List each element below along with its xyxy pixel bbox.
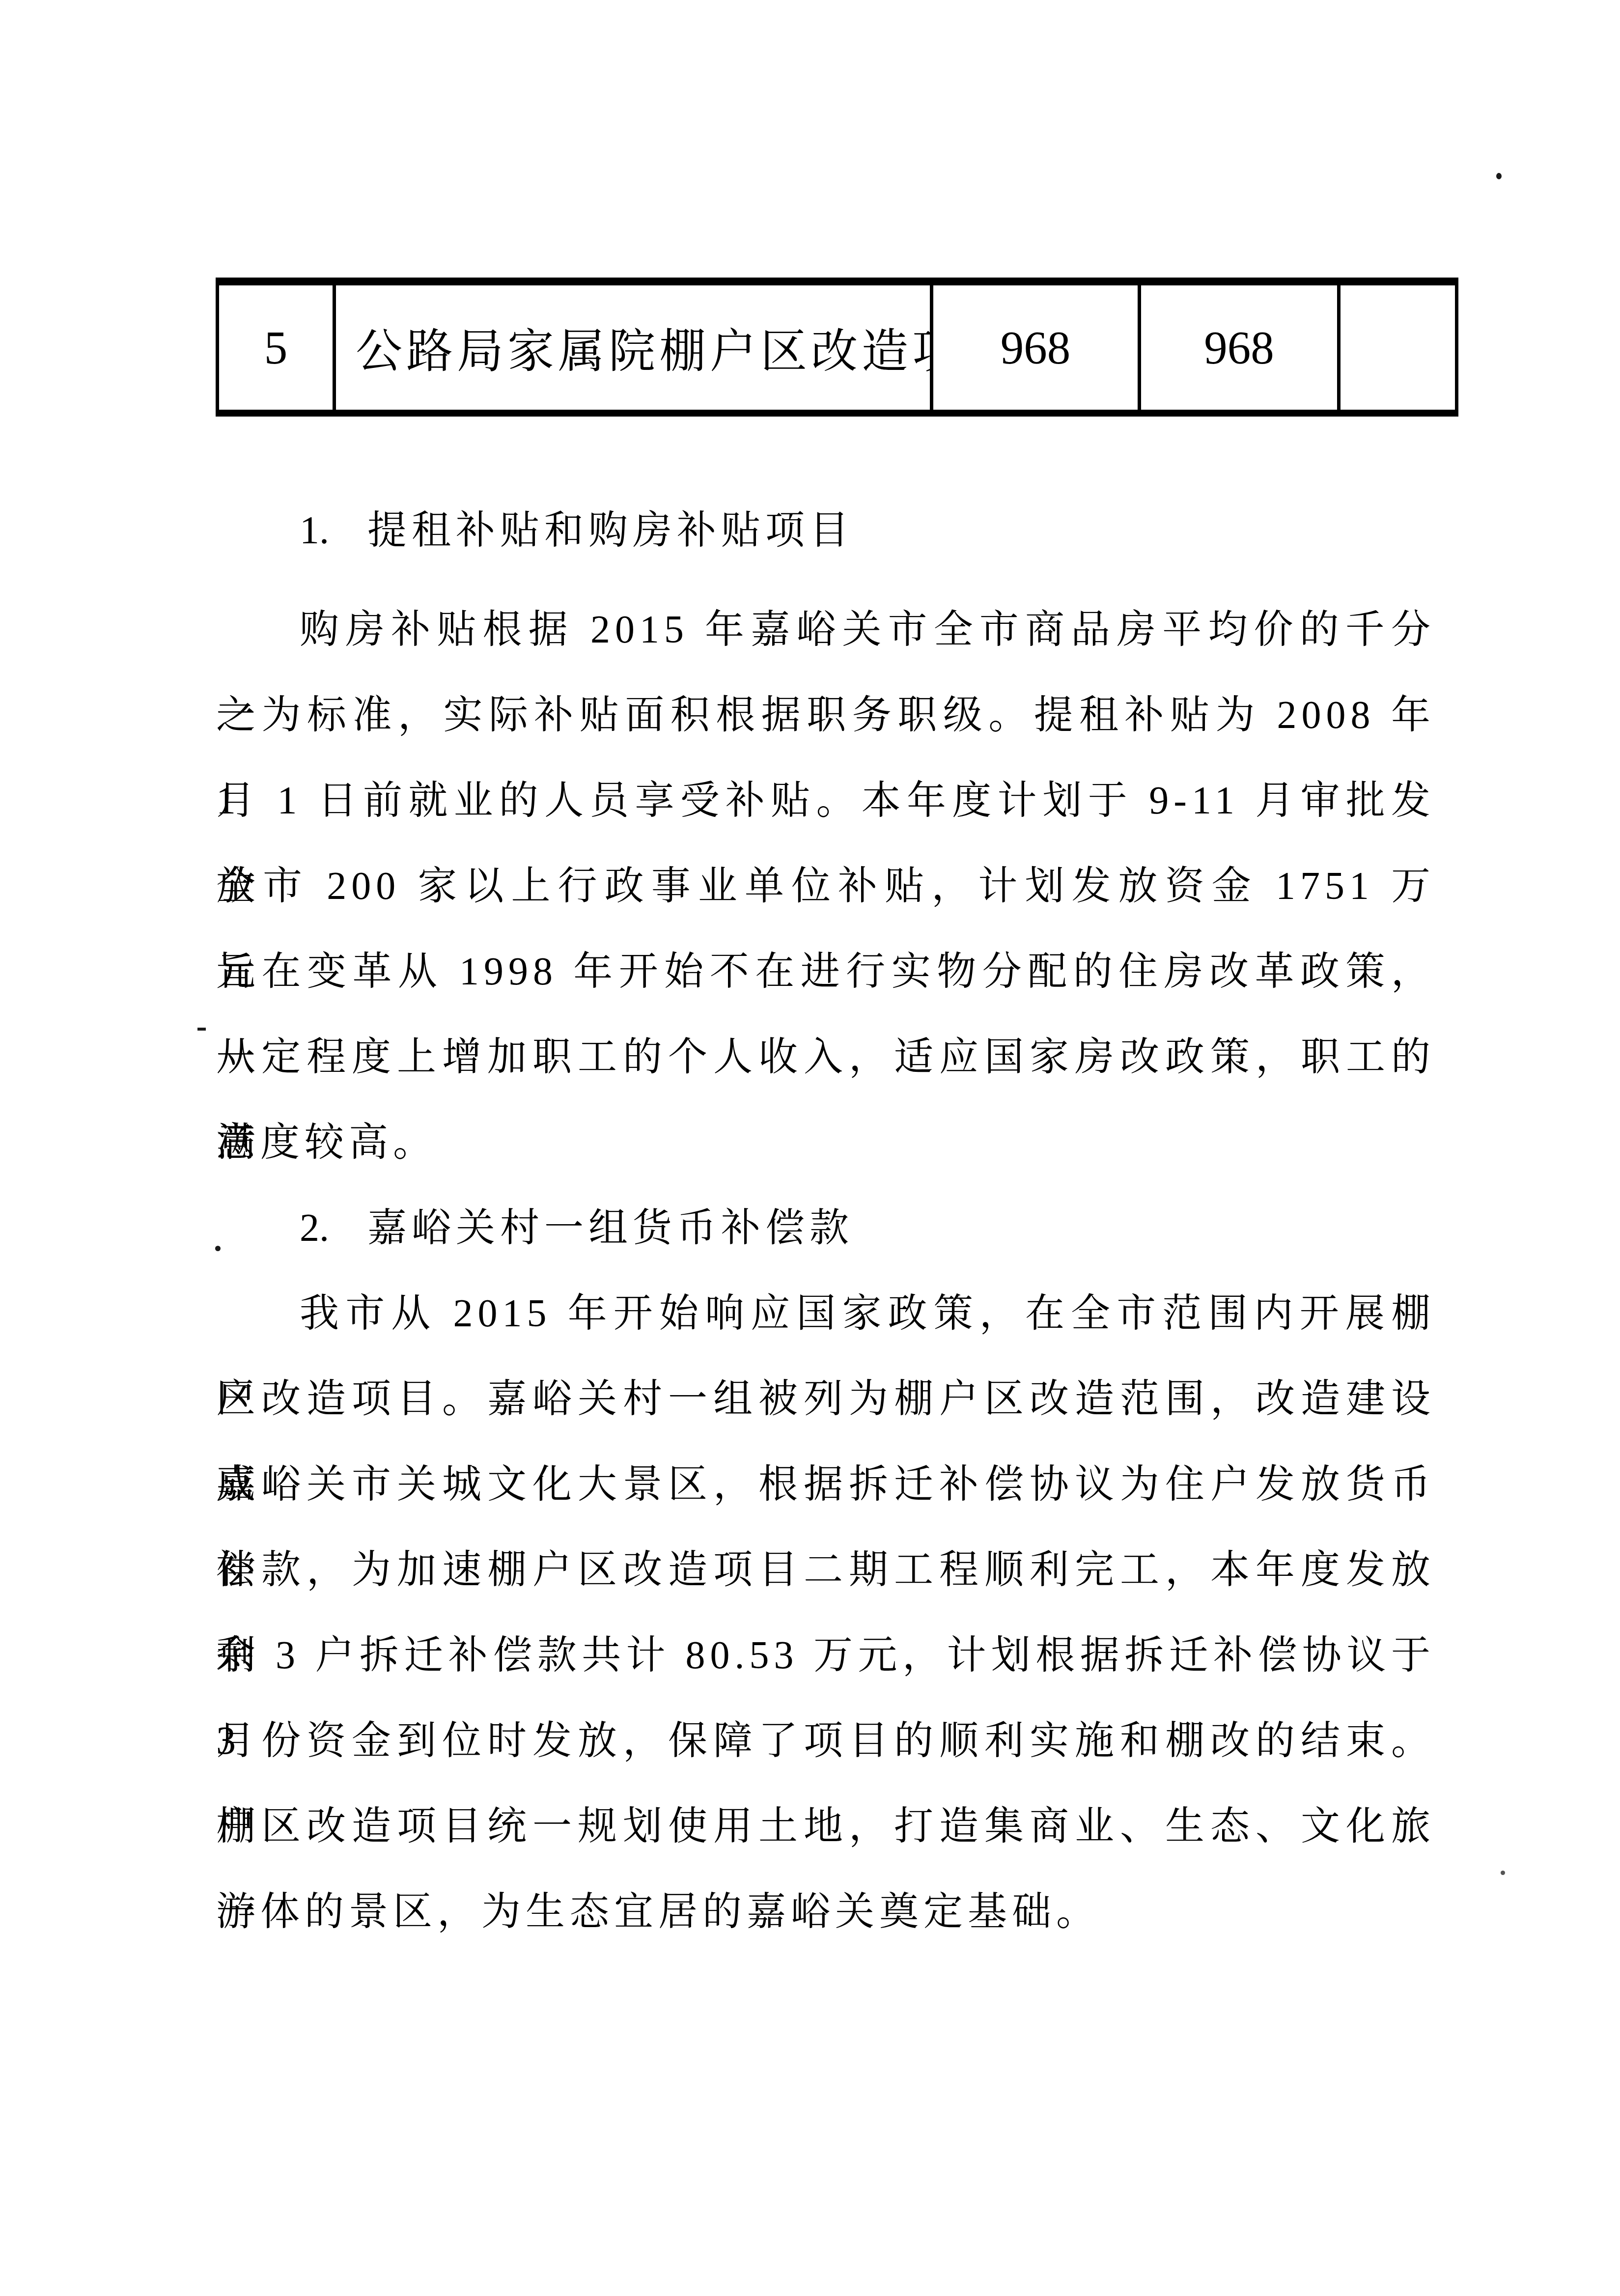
amount-cell-2: 968: [1140, 281, 1339, 413]
paragraph-line: 一为标准，实际补贴面积根据职务职级。提租补贴为 2008 年 1: [216, 672, 1435, 758]
project-name-cell: 公路局家属院棚户区改造项目: [335, 281, 932, 413]
document-body: 1.提租补贴和购房补贴项目 购房补贴根据 2015 年嘉峪关市全市商品房平均价的…: [216, 488, 1435, 1955]
table-row: 5 公路局家属院棚户区改造项目 968 968: [218, 281, 1457, 413]
paragraph-line: 余 3 户拆迁补偿款共计 80.53 万元，计划根据拆迁补偿协议于 3: [216, 1613, 1435, 1698]
amount-cell-1: 968: [932, 281, 1140, 413]
section-1-heading: 1.提租补贴和购房补贴项目: [216, 488, 1435, 573]
paragraph-line: 购房补贴根据 2015 年嘉峪关市全市商品房平均价的千分之: [216, 587, 1435, 672]
paragraph-line: 区改造项目。嘉峪关村一组被列为棚户区改造范围，改造建设成: [216, 1356, 1435, 1442]
paragraph-line: 偿款，为加速棚户区改造项目二期工程顺利完工，本年度发放剩: [216, 1527, 1435, 1613]
paragraph-line: 嘉峪关市关城文化大景区，根据拆迁补偿协议为住户发放货币补: [216, 1442, 1435, 1527]
document-page: 5 公路局家属院棚户区改造项目 968 968 1.提租补贴和购房补贴项目 购房…: [0, 0, 1620, 2296]
paragraph-line: 全市 200 家以上行政事业单位补贴，计划发放资金 1751 万元，: [216, 843, 1435, 929]
section-1-number: 1.: [300, 488, 367, 573]
paragraph-line: 意度较高。: [216, 1100, 1435, 1185]
paragraph-line: 旨在变革从 1998 年开始不在进行实物分配的住房改革政策，从: [216, 929, 1435, 1014]
paragraph-line: 我市从 2015 年开始响应国家政策，在全市范围内开展棚户: [216, 1271, 1435, 1356]
row-index-cell: 5: [218, 281, 335, 413]
section-1-title: 提租补贴和购房补贴项目: [367, 509, 854, 552]
project-table: 5 公路局家属院棚户区改造项目 968 968: [216, 278, 1458, 417]
scan-speck: [1501, 1871, 1505, 1875]
paragraph-line: 月份资金到位时发放，保障了项目的顺利实施和棚改的结束。棚: [216, 1698, 1435, 1784]
paragraph-line: 一体的景区，为生态宜居的嘉峪关奠定基础。: [216, 1869, 1435, 1955]
paragraph-line: 月 1 日前就业的人员享受补贴。本年度计划于 9-11 月审批发放: [216, 758, 1435, 843]
paragraph-line: 一定程度上增加职工的个人收入，适应国家房改政策，职工的满: [216, 1014, 1435, 1100]
amount-cell-3: [1339, 281, 1457, 413]
scan-speck: [197, 1028, 206, 1031]
section-2-heading: 2.嘉峪关村一组货币补偿款: [216, 1185, 1435, 1271]
paragraph-line: 户区改造项目统一规划使用土地，打造集商业、生态、文化旅游: [216, 1784, 1435, 1869]
scan-speck: [1496, 173, 1502, 179]
section-2-number: 2.: [300, 1185, 367, 1271]
section-2-title: 嘉峪关村一组货币补偿款: [367, 1206, 854, 1250]
